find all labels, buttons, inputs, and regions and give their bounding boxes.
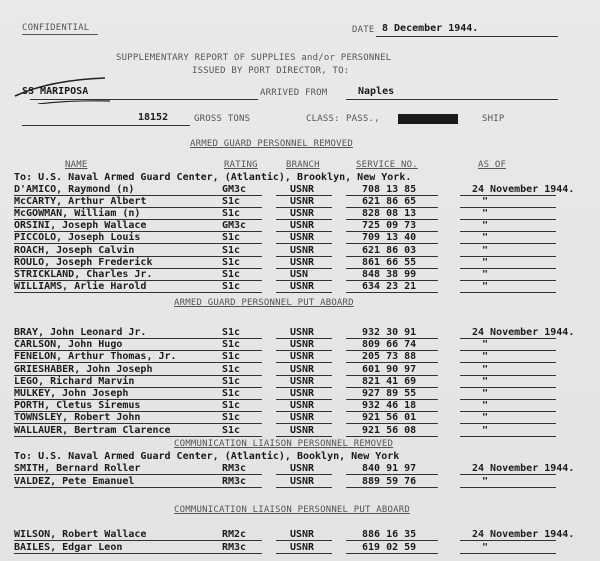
table-row: PORTH, Cletus SiremusS1cUSNR932 46 18" — [0, 400, 600, 412]
name-cell: D'AMICO, Raymond (n) — [14, 184, 134, 195]
table-row: McGOWMAN, William (n)S1cUSNR828 08 13" — [0, 208, 600, 220]
as-of-cell: " — [482, 196, 488, 207]
service-no-cell: 932 46 18 — [362, 400, 416, 411]
service-no-cell: 861 66 55 — [362, 257, 416, 268]
name-cell: TOWNSLEY, Robert John — [14, 412, 140, 423]
gross-tons-label: GROSS TONS — [194, 114, 250, 124]
rating-cell: RM3c — [222, 476, 246, 487]
table-row: ORSINI, Joseph WallaceGM3cUSNR725 09 73" — [0, 220, 600, 232]
branch-cell: USNR — [290, 184, 314, 195]
name-cell: GRIESHABER, John Joseph — [14, 364, 152, 375]
as-of-cell: " — [482, 364, 488, 375]
forward-to-line: To: U.S. Naval Armed Guard Center, (Atla… — [14, 451, 399, 462]
as-of-cell: " — [482, 400, 488, 411]
branch-cell: USNR — [290, 351, 314, 362]
underline-rule — [210, 540, 262, 541]
underline-rule — [210, 292, 262, 293]
name-cell: PICCOLO, Joseph Louis — [14, 232, 140, 243]
underline-rule — [210, 474, 262, 475]
rating-cell: S1c — [222, 400, 240, 411]
table-row: D'AMICO, Raymond (n)GM3cUSNR708 13 8524 … — [0, 184, 600, 196]
branch-cell: USNR — [290, 232, 314, 243]
table-row: McCARTY, Arthur AlbertS1cUSNR621 86 65" — [0, 196, 600, 208]
name-cell: ORSINI, Joseph Wallace — [14, 220, 146, 231]
service-no-cell: 828 08 13 — [362, 208, 416, 219]
underline-rule — [460, 436, 556, 437]
name-cell: WALLAUER, Bertram Clarence — [14, 425, 171, 436]
underline-rule — [346, 474, 438, 475]
branch-cell: USNR — [290, 425, 314, 436]
column-header-service-no: SERVICE NO. — [356, 160, 418, 170]
branch-cell: USNR — [290, 412, 314, 423]
arrived-from-value: Naples — [358, 86, 394, 97]
class-value: PASS., — [346, 114, 380, 124]
underline-rule — [346, 553, 438, 554]
as-of-cell: " — [482, 412, 488, 423]
service-no-cell: 809 66 74 — [362, 339, 416, 350]
rating-cell: S1c — [222, 376, 240, 387]
branch-cell: USNR — [290, 542, 314, 553]
report-title-line2: ISSUED BY PORT DIRECTOR, TO: — [192, 66, 349, 76]
underline-rule — [14, 553, 214, 554]
underline-rule — [346, 540, 438, 541]
underline-rule — [14, 292, 214, 293]
as-of-cell: " — [482, 281, 488, 292]
table-row: BAILES, Edgar LeonRM3cUSNR619 02 59" — [0, 542, 600, 554]
service-no-cell: 927 89 55 — [362, 388, 416, 399]
underline-rule — [14, 487, 214, 488]
service-no-cell: 619 02 59 — [362, 542, 416, 553]
branch-cell: USNR — [290, 529, 314, 540]
as-of-cell: 24 November 1944. — [472, 327, 574, 338]
service-no-cell: 621 86 65 — [362, 196, 416, 207]
branch-cell: USNR — [290, 376, 314, 387]
name-cell: BRAY, John Leonard Jr. — [14, 327, 146, 338]
date-value: 8 December 1944. — [382, 23, 478, 34]
table-row: CARLSON, John HugoS1cUSNR809 66 74" — [0, 339, 600, 351]
as-of-cell: " — [482, 339, 488, 350]
underline-rule — [210, 553, 262, 554]
rating-cell: S1c — [222, 208, 240, 219]
section-title: ARMED GUARD PERSONNEL REMOVED — [190, 139, 353, 149]
as-of-cell: 24 November 1944. — [472, 184, 574, 195]
service-no-cell: 725 09 73 — [362, 220, 416, 231]
column-header-rating: RATING — [224, 160, 258, 170]
service-no-cell: 709 13 40 — [362, 232, 416, 243]
table-row: ROACH, Joseph CalvinS1cUSNR621 86 03" — [0, 245, 600, 257]
underline-rule — [346, 292, 438, 293]
underline-rule — [346, 487, 438, 488]
service-no-cell: 821 41 69 — [362, 376, 416, 387]
as-of-cell: " — [482, 232, 488, 243]
rating-cell: S1c — [222, 364, 240, 375]
table-row: LEGO, Richard MarvinS1cUSNR821 41 69" — [0, 376, 600, 388]
service-no-cell: 621 86 03 — [362, 245, 416, 256]
as-of-cell: " — [482, 257, 488, 268]
as-of-cell: 24 November 1944. — [472, 463, 574, 474]
rating-cell: S1c — [222, 257, 240, 268]
table-row: ROULO, Joseph FrederickS1cUSNR861 66 55" — [0, 257, 600, 269]
rating-cell: S1c — [222, 425, 240, 436]
name-cell: BAILES, Edgar Leon — [14, 542, 122, 553]
table-row: VALDEZ, Pete EmanuelRM3cUSNR889 59 76" — [0, 476, 600, 488]
name-cell: MULKEY, John Joseph — [14, 388, 128, 399]
as-of-cell: " — [482, 269, 488, 280]
table-row: FENELON, Arthur Thomas, Jr.S1cUSNR205 73… — [0, 351, 600, 363]
table-row: SMITH, Bernard RollerRM3cUSNR840 91 9724… — [0, 463, 600, 475]
gross-tons-value: 18152 — [138, 112, 168, 123]
underline-rule — [460, 487, 556, 488]
name-cell: WILLIAMS, Arlie Harold — [14, 281, 146, 292]
ship-name-text: SS MARIPOSA — [22, 86, 88, 97]
name-cell: PORTH, Cletus Siremus — [14, 400, 140, 411]
rating-cell: RM2c — [222, 529, 246, 540]
section-title: COMMUNICATION LIAISON PERSONNEL REMOVED — [174, 439, 393, 449]
name-cell: SMITH, Bernard Roller — [14, 463, 140, 474]
service-no-cell: 840 91 97 — [362, 463, 416, 474]
underline-rule — [14, 436, 214, 437]
report-title-line1: SUPPLEMENTARY REPORT OF SUPPLIES and/or … — [116, 53, 391, 63]
rating-cell: S1c — [222, 245, 240, 256]
table-row: WALLAUER, Bertram ClarenceS1cUSNR921 56 … — [0, 425, 600, 437]
class-redacted: XXXXXXXXXX — [398, 114, 458, 124]
forward-to-line: To: U.S. Naval Armed Guard Center, (Atla… — [14, 172, 411, 183]
classification-label: CONFIDENTIAL — [22, 23, 89, 33]
ship-name: SS MARIPOSA — [22, 86, 88, 97]
name-cell: VALDEZ, Pete Emanuel — [14, 476, 134, 487]
branch-cell: USNR — [290, 220, 314, 231]
as-of-cell: " — [482, 220, 488, 231]
service-no-cell: 708 13 85 — [362, 184, 416, 195]
rating-cell: S1c — [222, 412, 240, 423]
column-header-branch: BRANCH — [286, 160, 320, 170]
table-row: STRICKLAND, Charles Jr.S1cUSN848 38 99" — [0, 269, 600, 281]
branch-cell: USNR — [290, 257, 314, 268]
branch-cell: USNR — [290, 281, 314, 292]
rating-cell: S1c — [222, 196, 240, 207]
underline-rule — [210, 436, 262, 437]
service-no-cell: 601 90 97 — [362, 364, 416, 375]
section-title: COMMUNICATION LIAISON PERSONNEL PUT ABOA… — [174, 505, 410, 515]
service-no-cell: 921 56 08 — [362, 425, 416, 436]
underline-rule — [460, 474, 556, 475]
underline-rule — [276, 292, 332, 293]
branch-cell: USNR — [290, 388, 314, 399]
as-of-cell: " — [482, 388, 488, 399]
name-cell: McGOWMAN, William (n) — [14, 208, 140, 219]
branch-cell: USNR — [290, 245, 314, 256]
branch-cell: USN — [290, 269, 308, 280]
as-of-cell: " — [482, 208, 488, 219]
ship-label: SHIP — [482, 114, 504, 124]
branch-cell: USNR — [290, 400, 314, 411]
service-no-cell: 889 59 76 — [362, 476, 416, 487]
name-cell: CARLSON, John Hugo — [14, 339, 122, 350]
branch-cell: USNR — [290, 208, 314, 219]
underline-rule — [276, 553, 332, 554]
arrived-from-label: ARRIVED FROM — [260, 88, 327, 98]
table-row: WILLIAMS, Arlie HaroldS1cUSNR634 23 21" — [0, 281, 600, 293]
class-label: CLASS: — [306, 114, 340, 124]
rating-cell: S1c — [222, 269, 240, 280]
service-no-cell: 886 16 35 — [362, 529, 416, 540]
as-of-cell: " — [482, 376, 488, 387]
service-no-cell: 932 30 91 — [362, 327, 416, 338]
column-header-name: NAME — [65, 160, 87, 170]
date-label: DATE — [352, 25, 374, 35]
name-cell: ROULO, Joseph Frederick — [14, 257, 152, 268]
underline-rule — [14, 540, 214, 541]
branch-cell: USNR — [290, 364, 314, 375]
as-of-cell: 24 November 1944. — [472, 529, 574, 540]
section-title: ARMED GUARD PERSONNEL PUT ABOARD — [174, 298, 354, 308]
table-row: TOWNSLEY, Robert JohnS1cUSNR921 56 01" — [0, 412, 600, 424]
name-cell: WILSON, Robert Wallace — [14, 529, 146, 540]
table-row: MULKEY, John JosephS1cUSNR927 89 55" — [0, 388, 600, 400]
name-cell: FENELON, Arthur Thomas, Jr. — [14, 351, 177, 362]
as-of-cell: " — [482, 351, 488, 362]
table-row: BRAY, John Leonard Jr.S1cUSNR932 30 9124… — [0, 327, 600, 339]
underline-rule — [276, 487, 332, 488]
as-of-cell: " — [482, 425, 488, 436]
rating-cell: RM3c — [222, 463, 246, 474]
service-no-cell: 921 56 01 — [362, 412, 416, 423]
rating-cell: S1c — [222, 351, 240, 362]
name-cell: ROACH, Joseph Calvin — [14, 245, 134, 256]
as-of-cell: " — [482, 476, 488, 487]
branch-cell: USNR — [290, 339, 314, 350]
service-no-cell: 634 23 21 — [362, 281, 416, 292]
underline-rule — [276, 474, 332, 475]
underline-rule — [14, 474, 214, 475]
rating-cell: S1c — [222, 388, 240, 399]
underline-rule — [346, 436, 438, 437]
underline-rule — [460, 553, 556, 554]
table-row: WILSON, Robert WallaceRM2cUSNR886 16 352… — [0, 529, 600, 541]
as-of-cell: " — [482, 245, 488, 256]
name-cell: LEGO, Richard Marvin — [14, 376, 134, 387]
rating-cell: S1c — [222, 327, 240, 338]
document-page: CONFIDENTIAL DATE 8 December 1944. SUPPL… — [0, 0, 600, 561]
rating-cell: RM3c — [222, 542, 246, 553]
underline-rule — [210, 487, 262, 488]
rating-cell: GM3c — [222, 184, 246, 195]
as-of-cell: " — [482, 542, 488, 553]
underline-rule — [276, 540, 332, 541]
branch-cell: USNR — [290, 476, 314, 487]
service-no-cell: 205 73 88 — [362, 351, 416, 362]
column-header-as-of: AS OF — [478, 160, 506, 170]
name-cell: STRICKLAND, Charles Jr. — [14, 269, 152, 280]
underline-rule — [460, 292, 556, 293]
branch-cell: USNR — [290, 196, 314, 207]
underline-rule — [460, 540, 556, 541]
table-row: GRIESHABER, John JosephS1cUSNR601 90 97" — [0, 364, 600, 376]
rating-cell: S1c — [222, 232, 240, 243]
branch-cell: USNR — [290, 327, 314, 338]
service-no-cell: 848 38 99 — [362, 269, 416, 280]
name-cell: McCARTY, Arthur Albert — [14, 196, 146, 207]
rating-cell: S1c — [222, 339, 240, 350]
rating-cell: S1c — [222, 281, 240, 292]
branch-cell: USNR — [290, 463, 314, 474]
table-row: PICCOLO, Joseph LouisS1cUSNR709 13 40" — [0, 232, 600, 244]
rating-cell: GM3c — [222, 220, 246, 231]
underline-rule — [276, 436, 332, 437]
